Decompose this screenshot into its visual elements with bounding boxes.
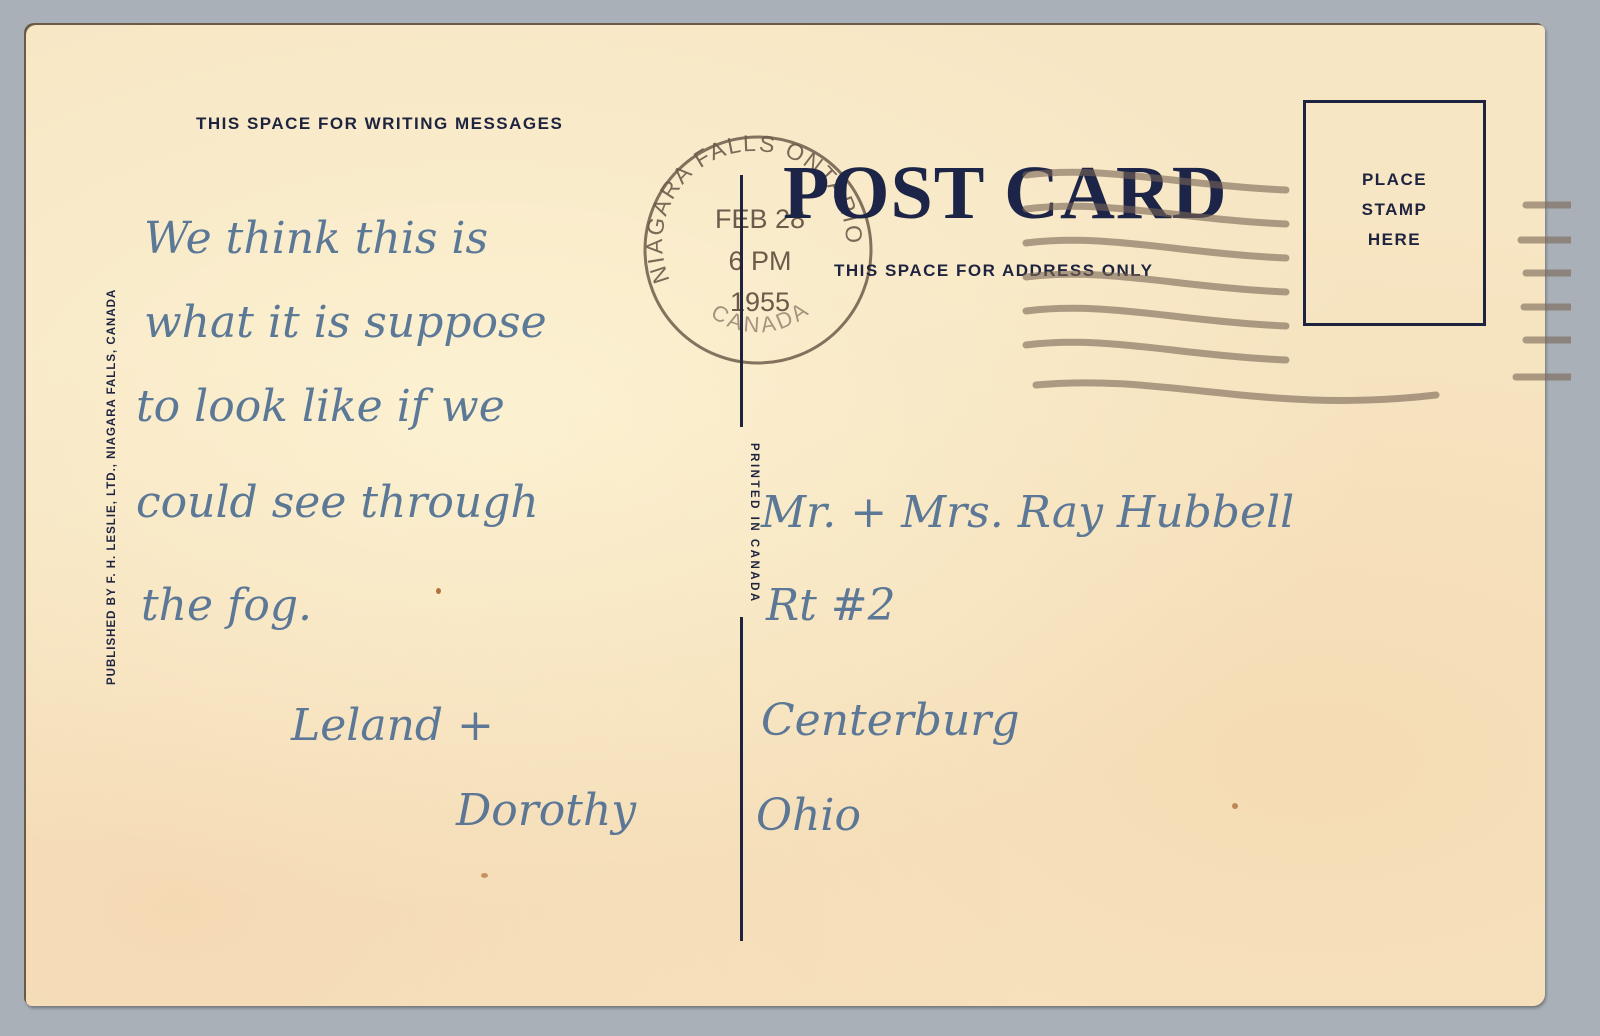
foxing-spot [1232, 803, 1238, 809]
foxing-spot [481, 873, 488, 878]
stamp-label-line1: PLACE [1306, 165, 1483, 195]
message-space-label: THIS SPACE FOR WRITING MESSAGES [196, 114, 563, 134]
message-line: the fog. [141, 580, 312, 631]
foxing-spot [436, 588, 441, 594]
message-line: We think this is [144, 213, 488, 264]
stamp-label-line2: STAMP [1306, 195, 1483, 225]
message-line: could see through [136, 477, 539, 528]
address-space-label: THIS SPACE FOR ADDRESS ONLY [834, 261, 1153, 281]
message-line: what it is suppose [144, 297, 547, 348]
signature-line: Leland + [291, 700, 494, 751]
printed-in-canada: PRINTED IN CANADA [748, 443, 760, 604]
address-line: Centerburg [761, 695, 1020, 746]
stamp-placement-box: PLACE STAMP HERE [1303, 100, 1486, 326]
message-line: to look like if we [136, 381, 505, 432]
address-line: Ohio [756, 790, 861, 841]
svg-text:1955: 1955 [730, 287, 790, 317]
post-card-title: POST CARD [783, 155, 1228, 231]
center-divider-bottom [740, 617, 743, 941]
address-line: Mr. + Mrs. Ray Hubbell [761, 487, 1294, 538]
address-line: Rt #2 [766, 580, 896, 631]
center-divider-top [740, 175, 743, 427]
publisher-credit: PUBLISHED BY F. H. LESLIE, LTD., NIAGARA… [106, 289, 118, 685]
signature-line: Dorothy [456, 785, 636, 836]
svg-text:6 PM: 6 PM [728, 246, 791, 276]
postcard-back: THIS SPACE FOR WRITING MESSAGES PUBLISHE… [26, 25, 1545, 1006]
stamp-label-line3: HERE [1306, 225, 1483, 255]
